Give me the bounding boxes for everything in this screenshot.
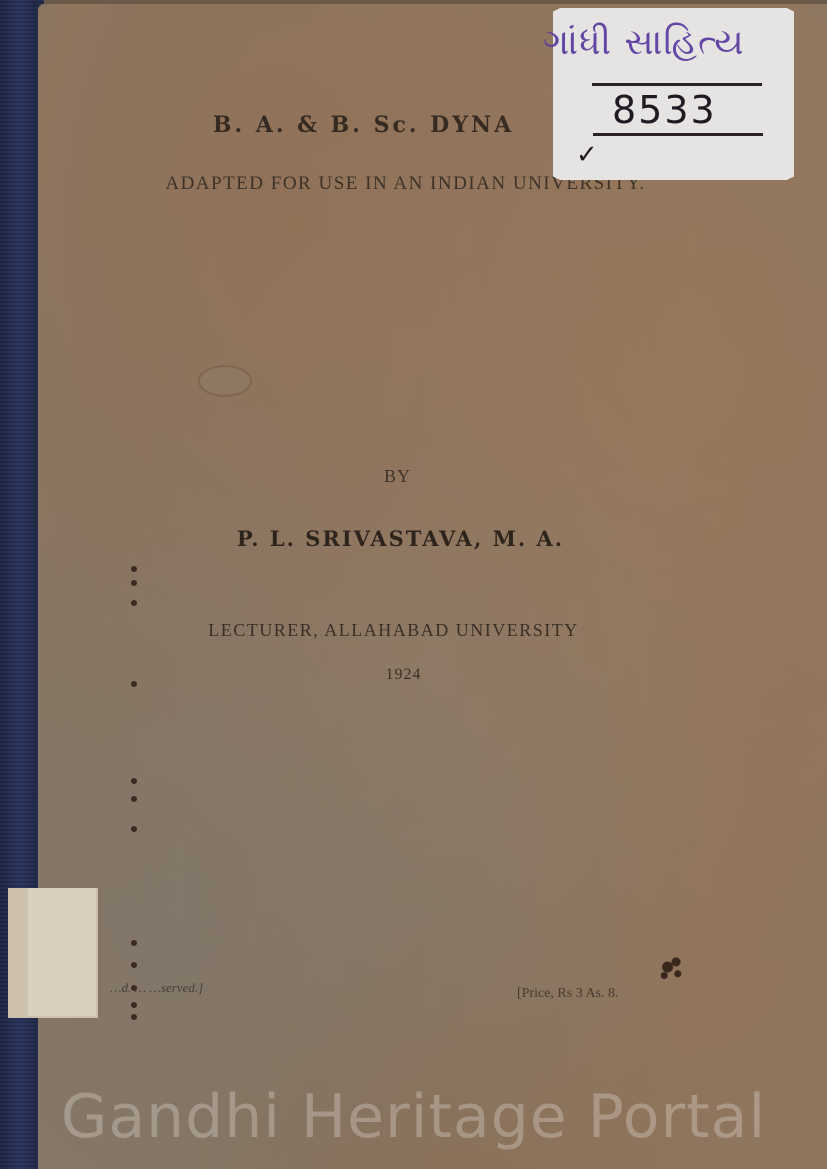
watermark: Gandhi Heritage Portal [10,1082,817,1152]
library-stamp-text: ગાંધી સાહિત્ય [543,22,803,64]
water-stain [198,365,252,397]
binding-hole [131,826,137,832]
rights-note: …d. … …served.] [110,980,203,996]
binding-hole [131,985,137,991]
binding-hole [131,1002,137,1008]
binding-hole [131,580,137,586]
ink-blot [654,950,688,984]
author-affiliation: LECTURER, ALLAHABAD UNIVERSITY [0,620,807,641]
binding-hole [131,796,137,802]
author-name: P. L. SRIVASTAVA, M. A. [0,526,814,551]
binding-hole [131,940,137,946]
by-line: BY [0,466,811,487]
label-rule-top [592,83,762,86]
binding-hole [131,681,137,687]
price-note: [Price, Rs 3 As. 8. [517,986,619,1002]
binding-hole [131,600,137,606]
binding-hole [131,1014,137,1020]
binding-hole [131,566,137,572]
torn-sticker-face [28,888,96,1016]
publication-year: 1924 [0,666,817,684]
binding-hole [131,962,137,968]
accession-number: 8533 [612,88,752,132]
check-mark-icon: ✓ [576,140,598,170]
binding-hole [131,778,137,784]
label-rule-bottom [593,133,763,136]
